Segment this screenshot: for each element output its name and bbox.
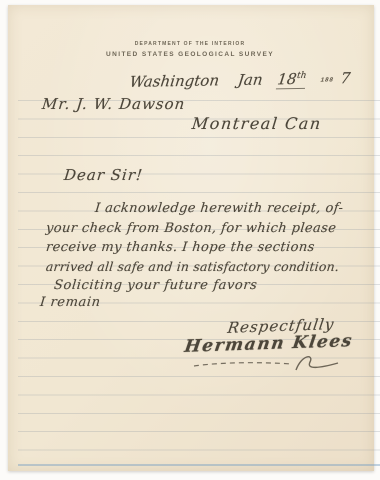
body-line: I remain [39, 295, 101, 310]
dateline-day: 18th [276, 70, 307, 89]
bottom-ruled-line [18, 464, 380, 466]
letterhead-agency: UNITED STATES GEOLOGICAL SURVEY [0, 51, 380, 58]
dateline-printed-year: 188 [320, 77, 334, 83]
signature-flourish-icon [192, 352, 342, 374]
body-line: your check from Boston, for which please [45, 221, 337, 236]
scanned-letter-page: { "letterhead": { "department": "DEPARTM… [0, 0, 380, 480]
body-line: I acknowledge herewith receipt, of- [94, 201, 344, 216]
body-line: receive my thanks. I hope the sections [45, 240, 315, 255]
letterhead-department: DEPARTMENT OF THE INTERIOR [0, 41, 380, 47]
body-line: Soliciting your future favors [53, 278, 258, 293]
recipient-name: Mr. J. W. Dawson [41, 95, 186, 113]
salutation: Dear Sir! [63, 166, 144, 184]
dateline-day-suffix: th [296, 71, 307, 81]
dateline-month: Jan [237, 71, 264, 89]
body-line: arrived all safe and in satisfactory con… [45, 259, 340, 274]
dateline-place: Washington [129, 71, 221, 91]
recipient-location: Montreal Can [191, 114, 323, 133]
